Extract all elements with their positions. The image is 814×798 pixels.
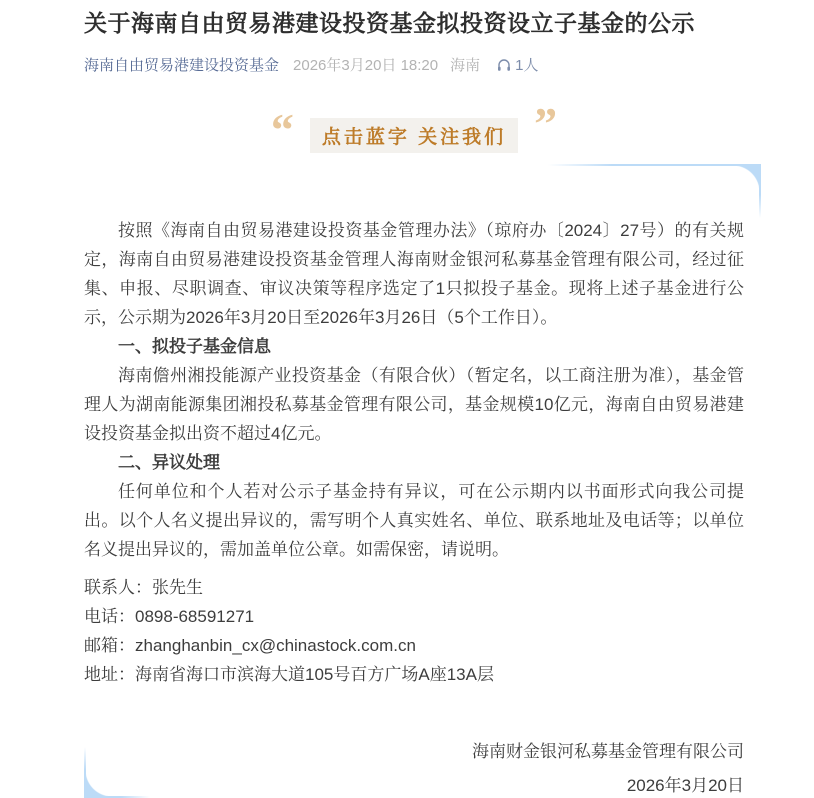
account-name-link[interactable]: 海南自由贸易港建设投资基金 xyxy=(84,54,279,75)
listen-count: 1人 xyxy=(515,54,538,75)
corner-decoration-top-right-hline xyxy=(548,164,761,166)
contact-address: 地址：海南省海口市滨海大道105号百方广场A座13A层 xyxy=(84,660,744,689)
listen-indicator[interactable]: 1人 xyxy=(496,54,538,75)
close-quote-icon: ” xyxy=(534,101,557,147)
section-heading-1: 一、拟投子基金信息 xyxy=(84,332,744,361)
contact-email: 邮箱：zhanghanbin_cx@chinastock.com.cn xyxy=(84,631,744,660)
article-body: 按照《海南自由贸易港建设投资基金管理办法》（琼府办〔2024〕27号）的有关规定… xyxy=(84,216,744,564)
follow-us-link[interactable]: 点击蓝字 关注我们 xyxy=(310,118,518,153)
article-meta: 海南自由贸易港建设投资基金 2026年3月20日 18:20 海南 1人 xyxy=(84,54,744,75)
signature-block: 海南财金银河私募基金管理有限公司 2026年3月20日 xyxy=(84,735,744,798)
signature-date: 2026年3月20日 xyxy=(84,769,744,798)
paragraph-objection: 任何单位和个人若对公示子基金持有异议，可在公示期内以书面形式向我公司提出。以个人… xyxy=(84,477,744,564)
open-quote-icon: “ xyxy=(271,107,294,153)
article-content: 关于海南自由贸易港建设投资基金拟投资设立子基金的公示 海南自由贸易港建设投资基金… xyxy=(0,0,814,798)
contact-phone: 电话：0898-68591271 xyxy=(84,602,744,631)
article-title: 关于海南自由贸易港建设投资基金拟投资设立子基金的公示 xyxy=(84,8,744,39)
headphones-icon xyxy=(496,57,515,73)
publish-location: 海南 xyxy=(450,54,480,75)
article-page: 关于海南自由贸易港建设投资基金拟投资设立子基金的公示 海南自由贸易港建设投资基金… xyxy=(0,0,814,798)
corner-decoration-top-right-wedge xyxy=(733,164,761,192)
paragraph-fund-info: 海南儋州湘投能源产业投资基金（有限合伙）（暂定名，以工商注册为准），基金管理人为… xyxy=(84,361,744,448)
paragraph-intro: 按照《海南自由贸易港建设投资基金管理办法》（琼府办〔2024〕27号）的有关规定… xyxy=(84,216,744,332)
corner-decoration-bottom-left-wedge xyxy=(84,770,112,798)
contact-person: 联系人：张先生 xyxy=(84,573,744,602)
follow-banner: “ 点击蓝字 关注我们 ” xyxy=(84,105,744,153)
section-heading-2: 二、异议处理 xyxy=(84,448,744,477)
publish-time: 2026年3月20日 18:20 xyxy=(293,54,438,75)
contact-block: 联系人：张先生 电话：0898-68591271 邮箱：zhanghanbin_… xyxy=(84,573,744,689)
signature-company: 海南财金银河私募基金管理有限公司 xyxy=(84,735,744,769)
